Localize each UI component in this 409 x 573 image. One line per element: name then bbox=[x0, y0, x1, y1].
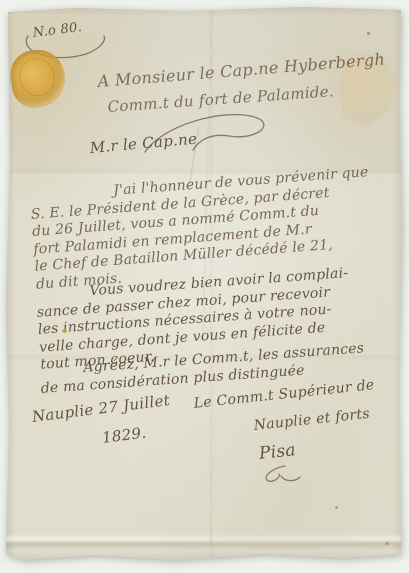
signature: Pisa bbox=[258, 440, 297, 464]
signature-paraph bbox=[251, 464, 303, 490]
scanned-letter-page: N.o 80. A Monsieur le Cap.ne Hyberbergh … bbox=[0, 0, 409, 573]
ink-speck bbox=[367, 32, 370, 35]
closing-title-line-2: Nauplie et forts bbox=[253, 406, 371, 434]
dateline-year: 1829. bbox=[101, 424, 147, 447]
aged-paper-sheet: N.o 80. A Monsieur le Cap.ne Hyberbergh … bbox=[5, 6, 404, 567]
ink-speck bbox=[385, 542, 389, 545]
ink-speck bbox=[335, 506, 338, 509]
ink-speck bbox=[155, 566, 159, 568]
ink-speck bbox=[62, 329, 67, 333]
paper-shadow-wrapper: N.o 80. A Monsieur le Cap.ne Hyberbergh … bbox=[0, 0, 399, 561]
